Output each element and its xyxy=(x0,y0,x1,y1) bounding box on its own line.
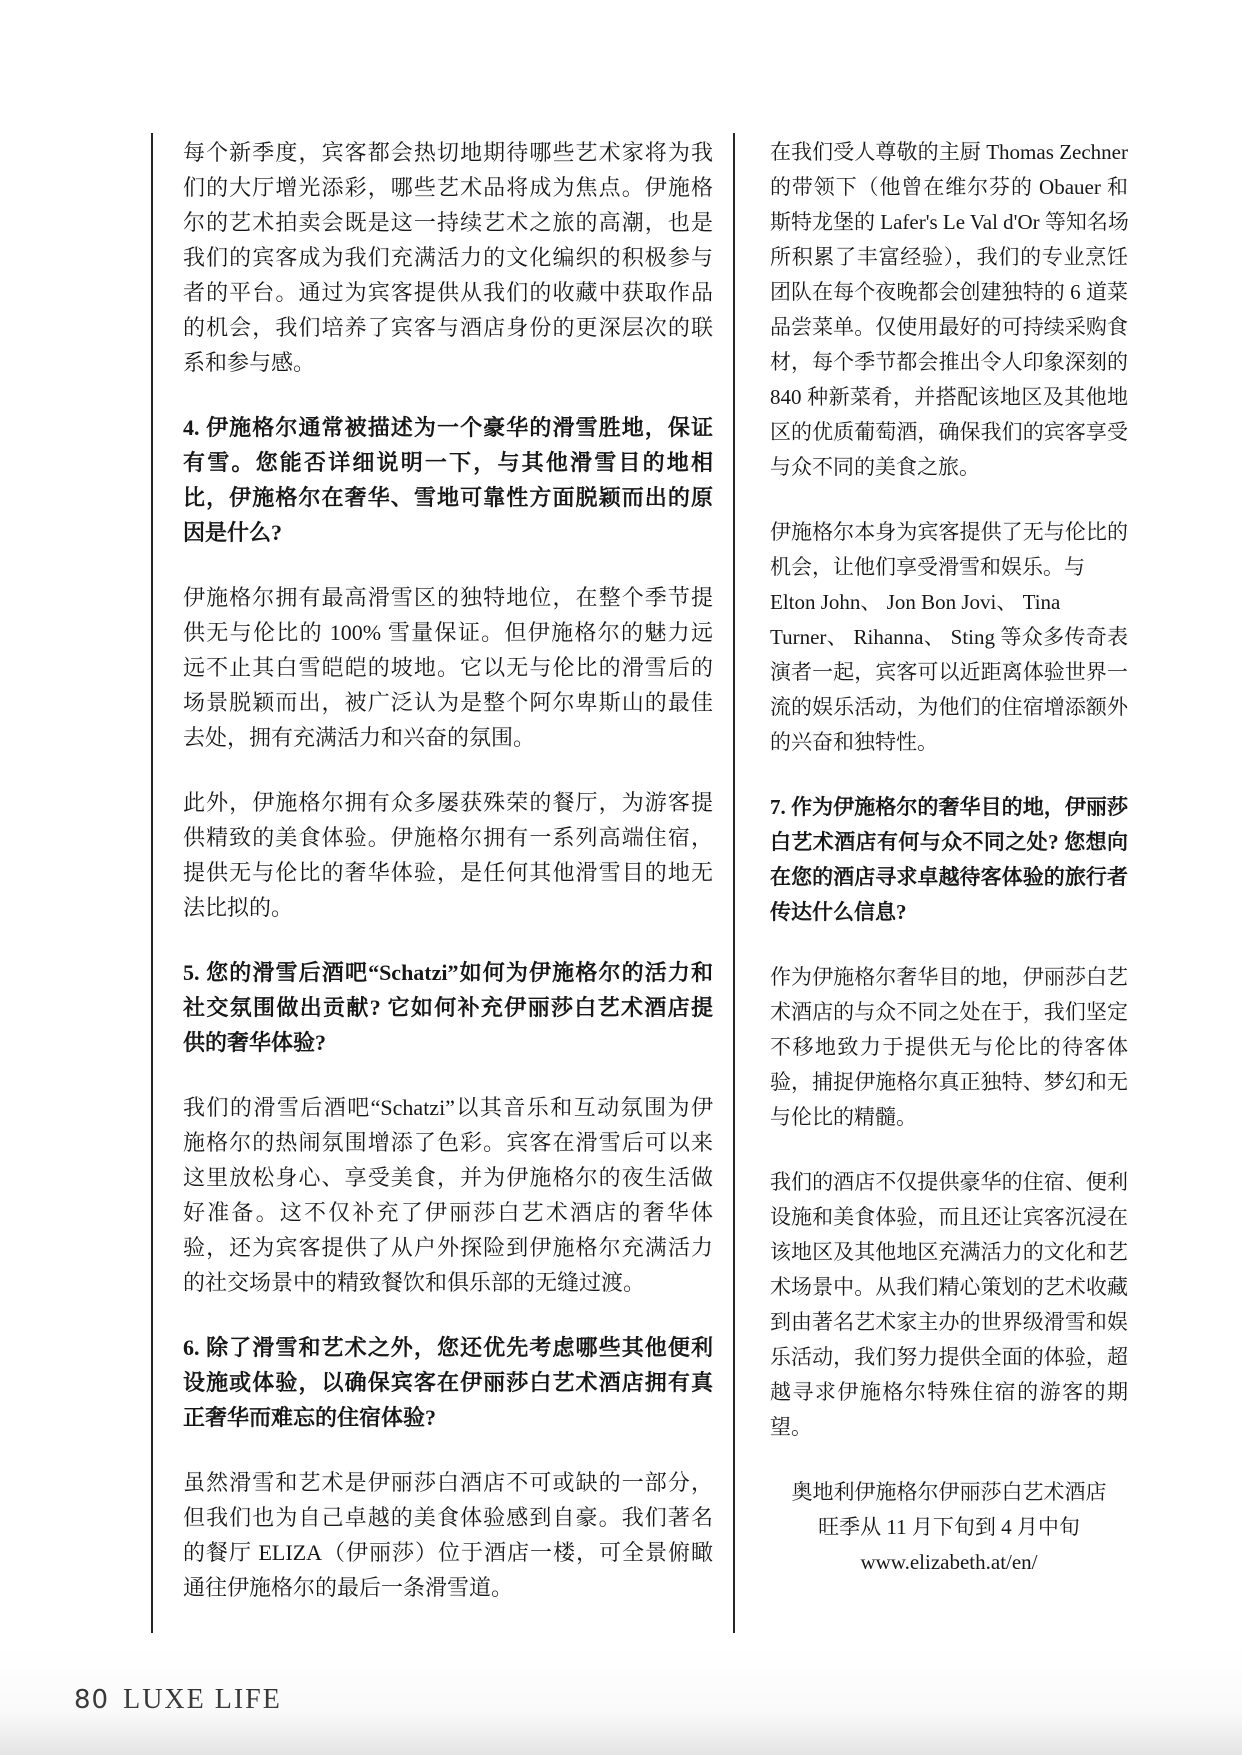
text-line: 乐活动，我们努力提供全面的体验，超 xyxy=(770,1340,1128,1375)
text-line: 所积累了丰富经验），我们的专业烹饪 xyxy=(770,240,1128,275)
text-line: 们的大厅增光添彩，哪些艺术品将成为焦点。伊施格 xyxy=(183,170,713,205)
text-line: 系和参与感。 xyxy=(183,345,713,380)
text-line: 斯特龙堡的 Lafer's Le Val d'Or 等知名场 xyxy=(770,205,1128,240)
text-line: 团队在每个夜晚都会创建独特的 6 道菜 xyxy=(770,275,1128,310)
text-line: Turner、 Rihanna、 Sting 等众多传奇表 xyxy=(770,620,1128,655)
text-line: 法比拟的。 xyxy=(183,890,713,925)
body-paragraph: 虽然滑雪和艺术是伊丽莎白酒店不可或缺的一部分，但我们也为自己卓越的美食体验感到自… xyxy=(183,1465,713,1605)
body-paragraph: 伊施格尔本身为宾客提供了无与伦比的机会，让他们享受滑雪和娱乐。与Elton Jo… xyxy=(770,515,1128,760)
text-line: 传达什么信息? xyxy=(770,895,1128,930)
text-line: 提供无与伦比的奢华体验，是任何其他滑雪目的地无 xyxy=(183,855,713,890)
text-line: 7. 作为伊施格尔的奢华目的地，伊丽莎 xyxy=(770,790,1128,825)
body-paragraph: 我们的滑雪后酒吧“Schatzi”以其音乐和互动氛围为伊施格尔的热闹氛围增添了色… xyxy=(183,1090,713,1300)
text-line: 我们的宾客成为我们充满活力的文化编织的积极参与 xyxy=(183,240,713,275)
text-line: 有雪。您能否详细说明一下，与其他滑雪目的地相 xyxy=(183,445,713,480)
text-line: 的机会，我们培养了宾客与酒店身份的更深层次的联 xyxy=(183,310,713,345)
text-line: 机会，让他们享受滑雪和娱乐。与 xyxy=(770,550,1128,585)
body-paragraph: 作为伊施格尔奢华目的地，伊丽莎白艺术酒店的与众不同之处在于，我们坚定不移地致力于… xyxy=(770,960,1128,1135)
text-line: 供的奢华体验? xyxy=(183,1025,713,1060)
text-line: 在我们受人尊敬的主厨 Thomas Zechner xyxy=(770,135,1128,170)
text-line: 此外，伊施格尔拥有众多屡获殊荣的餐厅，为游客提 xyxy=(183,785,713,820)
text-line: 去处，拥有充满活力和兴奋的氛围。 xyxy=(183,720,713,755)
text-line: 5. 您的滑雪后酒吧“Schatzi”如何为伊施格尔的活力和 xyxy=(183,955,713,990)
text-line: 演者一起，宾客可以近距离体验世界一 xyxy=(770,655,1128,690)
text-line: www.elizabeth.at/en/ xyxy=(770,1545,1128,1580)
text-line: 虽然滑雪和艺术是伊丽莎白酒店不可或缺的一部分， xyxy=(183,1465,713,1500)
text-line: 不移地致力于提供无与伦比的待客体 xyxy=(770,1030,1128,1065)
body-paragraph: 在我们受人尊敬的主厨 Thomas Zechner的带领下（他曾在维尔芬的 Ob… xyxy=(770,135,1128,485)
text-line: 场景脱颖而出，被广泛认为是整个阿尔卑斯山的最佳 xyxy=(183,685,713,720)
text-line: 840 种新菜肴，并搭配该地区及其他地 xyxy=(770,380,1128,415)
text-line: 我们的滑雪后酒吧“Schatzi”以其音乐和互动氛围为伊 xyxy=(183,1090,713,1125)
text-line: 社交氛围做出贡献? 它如何补充伊丽莎白艺术酒店提 xyxy=(183,990,713,1025)
text-line: 作为伊施格尔奢华目的地，伊丽莎白艺 xyxy=(770,960,1128,995)
question-paragraph: 6. 除了滑雪和艺术之外，您还优先考虑哪些其他便利设施或体验，以确保宾客在伊丽莎… xyxy=(183,1330,713,1435)
text-line: 我们的酒店不仅提供豪华的住宿、便利 xyxy=(770,1165,1128,1200)
text-line: 通往伊施格尔的最后一条滑雪道。 xyxy=(183,1570,713,1605)
text-line: 在您的酒店寻求卓越待客体验的旅行者 xyxy=(770,860,1128,895)
hotel-contact-block: 奥地利伊施格尔伊丽莎白艺术酒店旺季从 11 月下旬到 4 月中旬www.eliz… xyxy=(770,1475,1128,1580)
text-line: 设施和美食体验，而且还让宾客沉浸在 xyxy=(770,1200,1128,1235)
text-line: 越寻求伊施格尔特殊住宿的游客的期 xyxy=(770,1375,1128,1410)
text-line: 的带领下（他曾在维尔芬的 Obauer 和 xyxy=(770,170,1128,205)
text-line: 这里放松身心、享受美食，并为伊施格尔的夜生活做 xyxy=(183,1160,713,1195)
text-line: 区的优质葡萄酒，确保我们的宾客享受 xyxy=(770,415,1128,450)
text-line: 正奢华而难忘的住宿体验? xyxy=(183,1400,713,1435)
article-column-right: 在我们受人尊敬的主厨 Thomas Zechner的带领下（他曾在维尔芬的 Ob… xyxy=(770,135,1128,1610)
text-line: 材，每个季节都会推出令人印象深刻的 xyxy=(770,345,1128,380)
text-line: 4. 伊施格尔通常被描述为一个豪华的滑雪胜地，保证 xyxy=(183,410,713,445)
magazine-title: LUXE LIFE xyxy=(123,1684,282,1715)
body-paragraph: 伊施格尔拥有最高滑雪区的独特地位，在整个季节提供无与伦比的 100% 雪量保证。… xyxy=(183,580,713,755)
text-line: 设施或体验，以确保宾客在伊丽莎白艺术酒店拥有真 xyxy=(183,1365,713,1400)
text-line: 的社交场景中的精致餐饮和俱乐部的无缝过渡。 xyxy=(183,1265,713,1300)
text-line: 比，伊施格尔在奢华、雪地可靠性方面脱颖而出的原 xyxy=(183,480,713,515)
text-line: 与伦比的精髓。 xyxy=(770,1100,1128,1135)
body-paragraph: 我们的酒店不仅提供豪华的住宿、便利设施和美食体验，而且还让宾客沉浸在该地区及其他… xyxy=(770,1165,1128,1445)
column-divider-rule xyxy=(733,133,735,1633)
text-line: 远不止其白雪皑皑的坡地。它以无与伦比的滑雪后的 xyxy=(183,650,713,685)
text-line: 者的平台。通过为宾客提供从我们的收藏中获取作品 xyxy=(183,275,713,310)
body-paragraph: 每个新季度，宾客都会热切地期待哪些艺术家将为我们的大厅增光添彩，哪些艺术品将成为… xyxy=(183,135,713,380)
page-footer: 80 LUXE LIFE xyxy=(74,1684,282,1716)
text-line: 奥地利伊施格尔伊丽莎白艺术酒店 xyxy=(770,1475,1128,1510)
question-paragraph: 5. 您的滑雪后酒吧“Schatzi”如何为伊施格尔的活力和社交氛围做出贡献? … xyxy=(183,955,713,1060)
article-column-left: 每个新季度，宾客都会热切地期待哪些艺术家将为我们的大厅增光添彩，哪些艺术品将成为… xyxy=(183,135,713,1635)
page-number: 80 xyxy=(74,1685,109,1715)
text-line: 供无与伦比的 100% 雪量保证。但伊施格尔的魅力远 xyxy=(183,615,713,650)
text-line: 但我们也为自己卓越的美食体验感到自豪。我们著名 xyxy=(183,1500,713,1535)
text-line: Elton John、 Jon Bon Jovi、 Tina xyxy=(770,585,1128,620)
text-line: 白艺术酒店有何与众不同之处? 您想向 xyxy=(770,825,1128,860)
text-line: 6. 除了滑雪和艺术之外，您还优先考虑哪些其他便利 xyxy=(183,1330,713,1365)
text-line: 望。 xyxy=(770,1410,1128,1445)
text-line: 的兴奋和独特性。 xyxy=(770,725,1128,760)
text-line: 因是什么? xyxy=(183,515,713,550)
magazine-page: 每个新季度，宾客都会热切地期待哪些艺术家将为我们的大厅增光添彩，哪些艺术品将成为… xyxy=(0,0,1242,1755)
text-line: 伊施格尔拥有最高滑雪区的独特地位，在整个季节提 xyxy=(183,580,713,615)
text-line: 旺季从 11 月下旬到 4 月中旬 xyxy=(770,1510,1128,1545)
text-line: 品尝菜单。仅使用最好的可持续采购食 xyxy=(770,310,1128,345)
text-line: 尔的艺术拍卖会既是这一持续艺术之旅的高潮，也是 xyxy=(183,205,713,240)
text-line: 该地区及其他地区充满活力的文化和艺 xyxy=(770,1235,1128,1270)
text-line: 每个新季度，宾客都会热切地期待哪些艺术家将为我 xyxy=(183,135,713,170)
left-margin-rule xyxy=(151,133,153,1633)
text-line: 伊施格尔本身为宾客提供了无与伦比的 xyxy=(770,515,1128,550)
body-paragraph: 此外，伊施格尔拥有众多屡获殊荣的餐厅，为游客提供精致的美食体验。伊施格尔拥有一系… xyxy=(183,785,713,925)
text-line: 好准备。这不仅补充了伊丽莎白艺术酒店的奢华体 xyxy=(183,1195,713,1230)
question-paragraph: 7. 作为伊施格尔的奢华目的地，伊丽莎白艺术酒店有何与众不同之处? 您想向在您的… xyxy=(770,790,1128,930)
text-line: 术酒店的与众不同之处在于，我们坚定 xyxy=(770,995,1128,1030)
text-line: 供精致的美食体验。伊施格尔拥有一系列高端住宿， xyxy=(183,820,713,855)
text-line: 的餐厅 ELIZA（伊丽莎）位于酒店一楼，可全景俯瞰 xyxy=(183,1535,713,1570)
text-line: 术场景中。从我们精心策划的艺术收藏 xyxy=(770,1270,1128,1305)
text-line: 流的娱乐活动，为他们的住宿增添额外 xyxy=(770,690,1128,725)
text-line: 验，捕捉伊施格尔真正独特、梦幻和无 xyxy=(770,1065,1128,1100)
text-line: 施格尔的热闹氛围增添了色彩。宾客在滑雪后可以来 xyxy=(183,1125,713,1160)
text-line: 验，还为宾客提供了从户外探险到伊施格尔充满活力 xyxy=(183,1230,713,1265)
text-line: 与众不同的美食之旅。 xyxy=(770,450,1128,485)
question-paragraph: 4. 伊施格尔通常被描述为一个豪华的滑雪胜地，保证有雪。您能否详细说明一下，与其… xyxy=(183,410,713,550)
text-line: 到由著名艺术家主办的世界级滑雪和娱 xyxy=(770,1305,1128,1340)
